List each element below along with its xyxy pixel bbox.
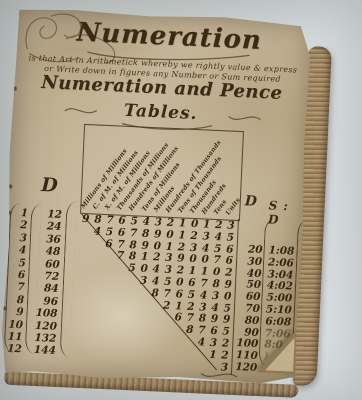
- digit-cell: 0: [199, 254, 212, 267]
- digit-grid: 9876543210123456789012345678901234567812…: [73, 213, 238, 376]
- digit-cell: 2: [213, 219, 226, 232]
- digit-cell: 4: [149, 275, 162, 288]
- dog-ear-fold-inner: [265, 336, 295, 371]
- digit-cell: 1: [176, 229, 189, 242]
- left-shilling-value: 8: [8, 293, 25, 306]
- left-pence-value: 36: [35, 233, 62, 246]
- digit-cell: 1: [163, 240, 176, 253]
- digit-cell: 3: [207, 337, 220, 350]
- digit-cell: 8: [126, 250, 139, 263]
- digit-cell: 0: [138, 263, 151, 276]
- digit-cell: 2: [222, 267, 235, 280]
- digit-cell: 7: [198, 277, 211, 290]
- digit-cell: 5: [220, 325, 233, 338]
- digit-cell: 5: [185, 288, 198, 301]
- digit-cell: 8: [127, 239, 140, 252]
- left-shilling-value: 5: [10, 256, 27, 269]
- photo-backdrop: Numeration is that Art in Arithmetick wh…: [0, 0, 362, 400]
- left-pence-value: 12: [36, 208, 63, 221]
- left-shilling-value: 11: [6, 331, 23, 344]
- digit-cell: 0: [210, 266, 223, 279]
- digit-cell: 4: [197, 289, 210, 302]
- left-shilling-value: 6: [9, 269, 26, 282]
- digit-cell: 2: [219, 337, 232, 350]
- digit-cell: 2: [188, 230, 201, 243]
- digit-cell: 3: [187, 241, 200, 254]
- left-shilling-value: 9: [7, 306, 24, 319]
- digit-cell: 5: [161, 276, 174, 289]
- spine-stitch: [10, 86, 17, 89]
- manuscript-page: Numeration is that Art in Arithmetick wh…: [0, 7, 313, 388]
- right-pence-header-d: D: [244, 193, 257, 210]
- digit-cell: 1: [186, 265, 199, 278]
- digit-cell: 8: [92, 213, 105, 226]
- digit-cell: 1: [200, 218, 213, 231]
- left-shilling-value: 7: [8, 281, 25, 294]
- digit-cell: 7: [115, 238, 128, 251]
- left-shilling-value: 10: [7, 318, 24, 331]
- digit-cell: 7: [161, 287, 174, 300]
- left-shilling-value: 1: [12, 207, 29, 220]
- digit-cell: 1: [198, 265, 211, 278]
- right-pence-value: 120: [235, 361, 258, 374]
- digit-cell: 3: [162, 264, 175, 277]
- left-shilling-value: 3: [11, 232, 28, 245]
- digit-cell: 2: [160, 299, 173, 312]
- digit-cell: 2: [150, 251, 163, 264]
- digit-cell: 1: [173, 300, 186, 313]
- left-pence-value: 48: [34, 245, 61, 258]
- left-pence-value: 132: [30, 332, 57, 345]
- digit-cell: 7: [211, 254, 224, 267]
- digit-cell: 0: [221, 290, 234, 303]
- digit-cell: 9: [152, 228, 165, 241]
- digit-cell: 5: [128, 215, 141, 228]
- spine-stitch: [5, 184, 12, 187]
- digit-cell: 6: [115, 226, 128, 239]
- digit-cell: 1: [176, 217, 189, 230]
- digit-cell: 6: [173, 288, 186, 301]
- digit-cell: 9: [208, 313, 221, 326]
- digit-cell: 2: [219, 349, 232, 362]
- digit-cell: 4: [209, 301, 222, 314]
- digit-cell: 3: [200, 230, 213, 243]
- left-shilling-value: 2: [11, 219, 28, 232]
- digit-cell: 0: [164, 228, 177, 241]
- digit-cell: 2: [164, 217, 177, 230]
- digit-cell: 0: [151, 240, 164, 253]
- digit-cell: 3: [225, 219, 238, 232]
- left-pence-value: 24: [35, 220, 62, 233]
- left-pence-value: 144: [30, 344, 57, 357]
- digit-cell: 9: [139, 239, 152, 252]
- digit-cell: 6: [208, 325, 221, 338]
- digit-cell: 6: [116, 214, 129, 227]
- digit-cell: 2: [174, 264, 187, 277]
- digit-cell: 5: [103, 226, 116, 239]
- column-header: Units: [224, 196, 242, 217]
- digit-cell: 6: [186, 277, 199, 290]
- digit-cell: 3: [197, 301, 210, 314]
- digit-cell: 7: [104, 214, 117, 227]
- digit-cell: 4: [140, 216, 153, 229]
- digit-cell: 7: [127, 227, 140, 240]
- digit-cell: 6: [224, 243, 237, 256]
- numeration-header-box: Millions of MillionsC. of M. of Millions…: [80, 124, 244, 221]
- digit-cell: 9: [175, 253, 188, 266]
- left-pence-value: 120: [31, 319, 58, 332]
- digit-cell: 3: [152, 216, 165, 229]
- left-pence-header: D: [41, 174, 58, 197]
- digit-cell: 5: [224, 231, 237, 244]
- left-pence-value: 84: [32, 282, 59, 295]
- digit-cell: 4: [199, 242, 212, 255]
- left-pence-value: 72: [33, 270, 60, 283]
- digit-cell: 6: [223, 255, 236, 268]
- digit-cell: 2: [185, 300, 198, 313]
- digit-cell: 4: [150, 263, 163, 276]
- digit-cell: 4: [212, 231, 225, 244]
- digit-cell: 0: [188, 218, 201, 231]
- digit-cell: 5: [211, 242, 224, 255]
- left-pence-value: 96: [32, 295, 59, 308]
- digit-cell: 2: [175, 241, 188, 254]
- left-shilling-value: 4: [10, 244, 27, 257]
- digit-cell: 9: [222, 278, 235, 291]
- digit-cell: 0: [174, 276, 187, 289]
- digit-cell: 5: [221, 302, 234, 315]
- left-pence-value: 108: [31, 307, 58, 320]
- digit-cell: 7: [196, 324, 209, 337]
- spine-stitch: [4, 210, 11, 213]
- left-pence-value: 60: [33, 257, 60, 270]
- left-shilling-value: 12: [6, 343, 23, 356]
- digit-cell: 3: [209, 290, 222, 303]
- digit-cell: 8: [196, 313, 209, 326]
- manuscript-book: Numeration is that Art in Arithmetick wh…: [0, 7, 333, 399]
- digit-cell: 9: [220, 314, 233, 327]
- digit-cell: 7: [184, 312, 197, 325]
- digit-cell: 0: [187, 253, 200, 266]
- digit-cell: 8: [210, 278, 223, 291]
- digit-cell: 1: [138, 251, 151, 264]
- digit-cell: 8: [139, 227, 152, 240]
- digit-cell: 3: [163, 252, 176, 265]
- spine-stitch: [0, 306, 7, 309]
